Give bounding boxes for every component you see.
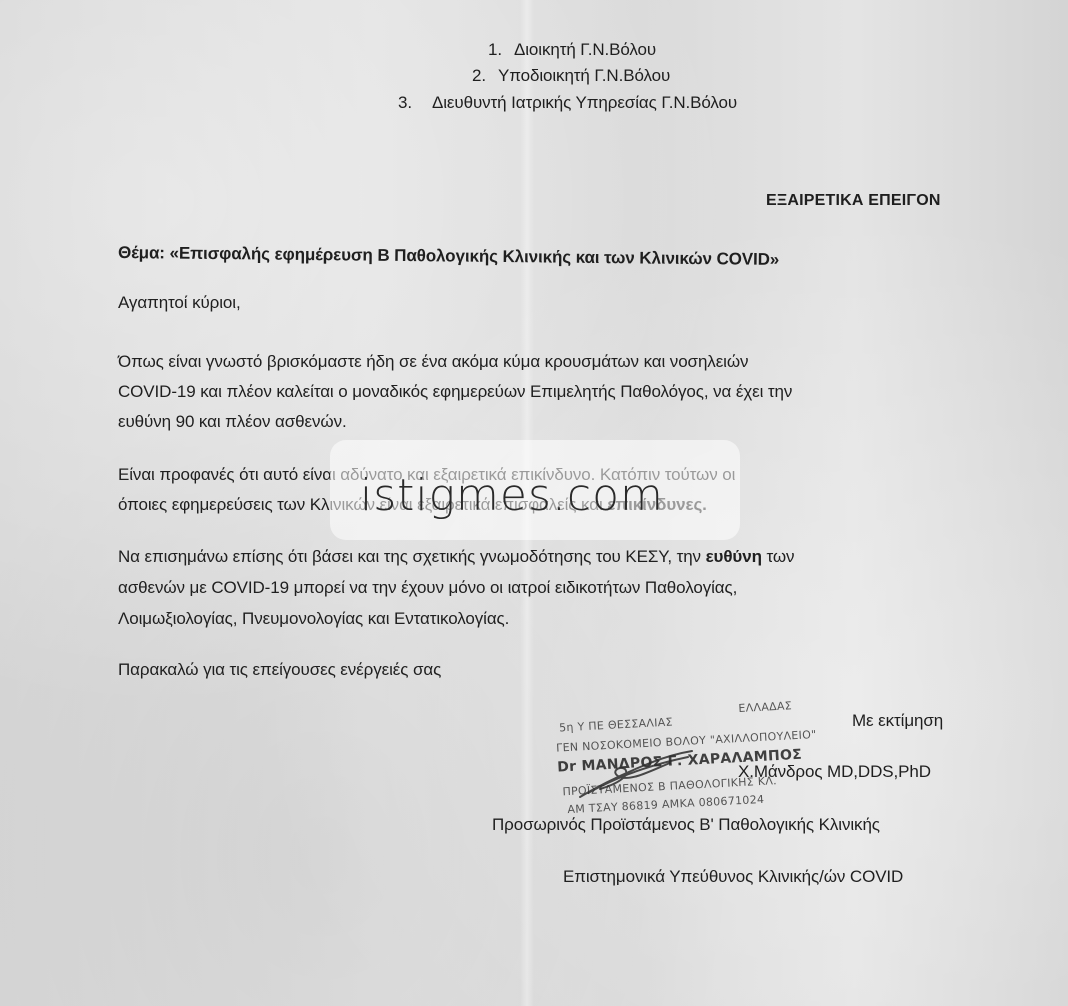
handwritten-signature-icon xyxy=(570,745,700,805)
signatory-name: Χ.Μάνδρος MD,DDS,PhD xyxy=(738,762,931,782)
regards: Με εκτίμηση xyxy=(852,711,943,731)
urgency-label: ΕΞΑΙΡΕΤΙΚΑ ΕΠΕΙΓΟΝ xyxy=(766,192,941,210)
paragraph-line: Λοιμωξιολογίας, Πνευμονολογίας και Εντατ… xyxy=(118,609,509,629)
emphasis-responsibility: ευθύνη xyxy=(706,547,762,566)
watermark: istigmes.com xyxy=(360,470,664,521)
paragraph-line: ευθύνη 90 και πλέον ασθενών. xyxy=(118,412,347,432)
paragraph-line: COVID-19 και πλέον καλείται ο μοναδικός … xyxy=(118,382,792,402)
recipient-item: 3.Διευθυντή Ιατρικής Υπηρεσίας Γ.Ν.Βόλου xyxy=(398,93,737,113)
recipient-item: 1.Διοικητή Γ.Ν.Βόλου xyxy=(488,40,656,60)
recipient-item: 2.Υποδιοικητή Γ.Ν.Βόλου xyxy=(472,66,670,86)
paragraph-line: ασθενών με COVID-19 μπορεί να την έχουν … xyxy=(118,578,737,598)
closing-request: Παρακαλώ για τις επείγουσες ενέργειές σα… xyxy=(118,660,441,680)
paragraph-line: Να επισημάνω επίσης ότι βάσει και της σχ… xyxy=(118,547,794,567)
salutation: Αγαπητοί κύριοι, xyxy=(118,293,241,313)
signatory-title-1: Προσωρινός Προϊστάμενος Β' Παθολογικής Κ… xyxy=(492,815,880,835)
paragraph-line: Όπως είναι γνωστό βρισκόμαστε ήδη σε ένα… xyxy=(118,352,748,372)
signatory-title-2: Επιστημονικά Υπεύθυνος Κλινικής/ών COVID xyxy=(563,867,903,887)
